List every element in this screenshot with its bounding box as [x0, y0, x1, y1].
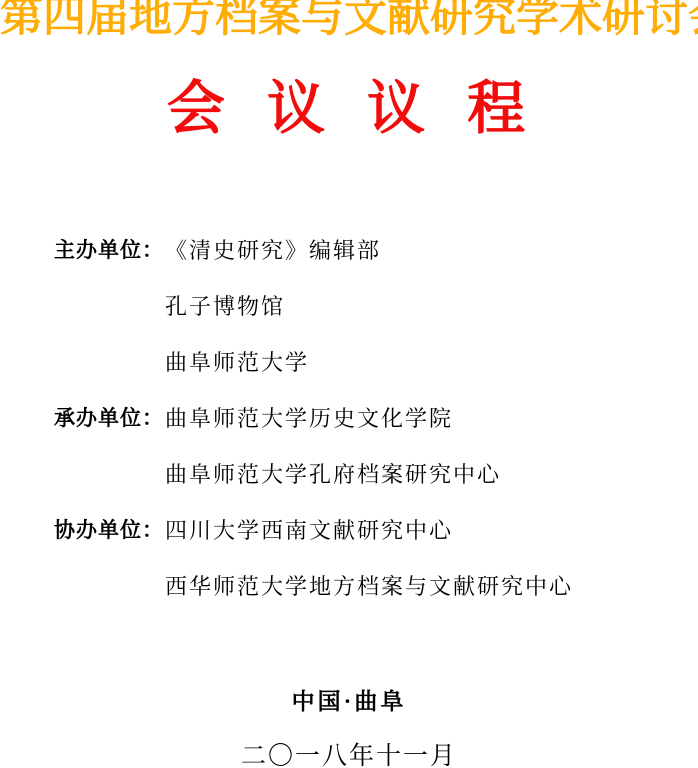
- organizer-name: 曲阜师范大学: [165, 350, 309, 376]
- organizer-label-co-organizer: 协办单位：: [54, 518, 165, 544]
- organizer-name: 《清史研究》编辑部: [165, 238, 381, 264]
- organizer-name: 曲阜师范大学历史文化学院: [165, 406, 453, 432]
- organizer-row-undertaker: 承办单位： 曲阜师范大学历史文化学院: [54, 406, 654, 462]
- event-date: 二〇一八年十一月: [0, 736, 698, 768]
- conference-program-cover: { "page": { "top_title": "第四届地方档案与文献研究学术…: [0, 0, 698, 768]
- organizer-row: 西华师范大学地方档案与文献研究中心: [54, 574, 654, 630]
- organizer-row-host: 主办单位： 《清史研究》编辑部: [54, 238, 654, 294]
- organizer-row-co-organizer: 协办单位： 四川大学西南文献研究中心: [54, 518, 654, 574]
- page-title-agenda: 会 议 议 程: [0, 80, 698, 138]
- organizers-section: 主办单位： 《清史研究》编辑部 孔子博物馆 曲阜师范大学 承办单位： 曲阜师范大…: [54, 238, 654, 630]
- conference-title: 第四届地方档案与文献研究学术研讨会: [0, 0, 698, 45]
- organizer-row: 曲阜师范大学: [54, 350, 654, 406]
- organizer-name: 西华师范大学地方档案与文献研究中心: [165, 574, 573, 600]
- event-location: 中国·曲阜: [0, 683, 698, 716]
- organizer-name: 孔子博物馆: [165, 294, 285, 320]
- organizer-row: 孔子博物馆: [54, 294, 654, 350]
- organizer-row: 曲阜师范大学孔府档案研究中心: [54, 462, 654, 518]
- organizer-name: 曲阜师范大学孔府档案研究中心: [165, 462, 501, 488]
- organizer-label-host: 主办单位：: [54, 238, 165, 264]
- organizer-label-undertaker: 承办单位：: [54, 406, 165, 432]
- organizer-name: 四川大学西南文献研究中心: [165, 518, 453, 544]
